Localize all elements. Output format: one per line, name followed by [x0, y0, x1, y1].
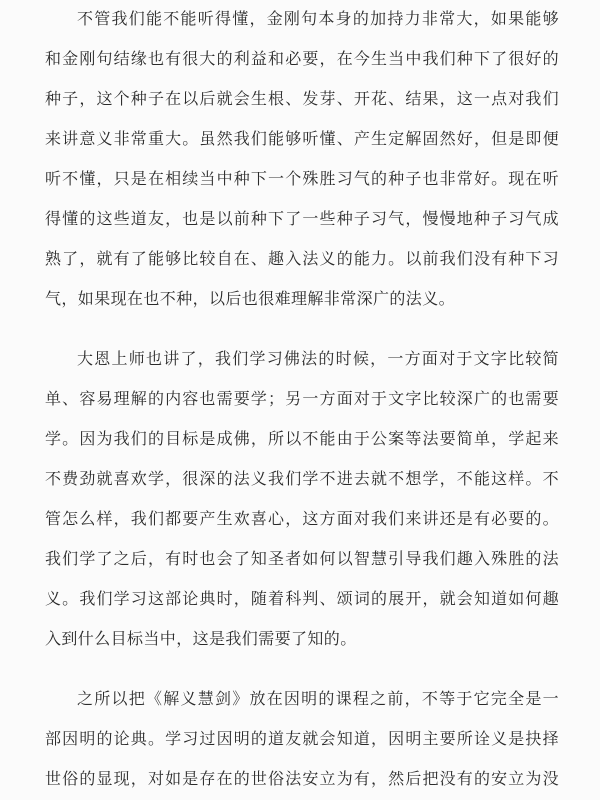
text-line: 和金刚句结缘也有很大的利益和必要，在今生当中我们种下了很好的: [45, 40, 559, 80]
text-line: 气，如果现在也不种，以后也很难理解非常深广的法义。: [45, 280, 559, 320]
paragraph: 大恩上师也讲了，我们学习佛法的时候，一方面对于文字比较简 单、容易理解的内容也需…: [45, 340, 559, 660]
paragraph: 不管我们能不能听得懂，金刚句本身的加持力非常大，如果能够 和金刚句结缘也有很大的…: [45, 0, 559, 320]
text-line: 管怎么样，我们都要产生欢喜心，这方面对我们来讲还是有必要的。: [45, 500, 559, 540]
text-line: 大恩上师也讲了，我们学习佛法的时候，一方面对于文字比较简: [45, 340, 559, 380]
text-line: 之所以把《解义慧剑》放在因明的课程之前，不等于它完全是一: [45, 680, 559, 720]
scanned-document-page: 不管我们能不能听得懂，金刚句本身的加持力非常大，如果能够 和金刚句结缘也有很大的…: [0, 0, 600, 800]
text-line: 来讲意义非常重大。虽然我们能够听懂、产生定解固然好，但是即便: [45, 120, 559, 160]
text-line: 入到什么目标当中，这是我们需要了知的。: [45, 620, 559, 660]
text-line: 世俗的显现，对如是存在的世俗法安立为有，然后把没有的安立为没: [45, 760, 559, 800]
text-line: 部因明的论典。学习过因明的道友就会知道，因明主要所诠义是抉择: [45, 720, 559, 760]
text-line: 单、容易理解的内容也需要学；另一方面对于文字比较深广的也需要: [45, 380, 559, 420]
text-line: 我们学了之后，有时也会了知圣者如何以智慧引导我们趣入殊胜的法: [45, 540, 559, 580]
text-line: 不费劲就喜欢学，很深的法义我们学不进去就不想学，不能这样。不: [45, 460, 559, 500]
paragraph: 之所以把《解义慧剑》放在因明的课程之前，不等于它完全是一 部因明的论典。学习过因…: [45, 680, 559, 800]
text-line: 义。我们学习这部论典时，随着科判、颂词的展开，就会知道如何趣: [45, 580, 559, 620]
text-line: 学。因为我们的目标是成佛，所以不能由于公案等法要简单，学起来: [45, 420, 559, 460]
text-line: 不管我们能不能听得懂，金刚句本身的加持力非常大，如果能够: [45, 0, 559, 40]
text-line: 听不懂，只是在相续当中种下一个殊胜习气的种子也非常好。现在听: [45, 160, 559, 200]
text-line: 种子，这个种子在以后就会生根、发芽、开花、结果，这一点对我们: [45, 80, 559, 120]
text-line: 得懂的这些道友，也是以前种下了一些种子习气，慢慢地种子习气成: [45, 200, 559, 240]
text-line: 熟了，就有了能够比较自在、趣入法义的能力。以前我们没有种下习: [45, 240, 559, 280]
